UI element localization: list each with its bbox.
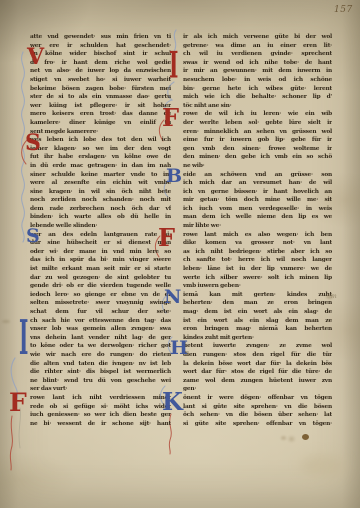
manuscript-text-line: as ich niht bedriegen· stirbe aber ich s… [183,248,332,257]
manuscript-text-line: mich wie ich die behalte· schoner lip d' [183,93,332,102]
parchment-stain [302,434,309,440]
manuscript-text-line: ch sanfte tot· herre ich wil noch langer [183,256,332,265]
manuscript-text-line: die rihter sint· dis bispel ist wermerli… [30,368,171,377]
manuscript-text-line: sine kragen· in wil sin öch niht bete [30,188,171,197]
manuscript-text-line: wer an des edeln lantgrauen rate si· [30,231,171,240]
manuscript-text-line: rowe de wil ich iu leren· wie ein wib [183,110,332,119]
manuscript-text-line: lant si güte site sprehen· vn die bösen [183,403,332,412]
manuscript-text-line: ne wib· [183,162,332,171]
flourish-left-chain [22,52,25,242]
manuscript-text-line: getrene· wa dime an iu einer eren lit· [183,42,332,51]
manuscript-text-line: binden· ich warte alles ob dü helle in [30,213,171,222]
manuscript-text-line: beherten· den man ze eron bringen [183,299,332,308]
illuminated-initial-f: F [162,106,179,130]
manuscript-text-line: der werlte leben sol· gebte lüre sielt i… [183,119,332,128]
manuscript-text-line: to köne oder ta we derwolgen· richer got [30,342,171,351]
manuscript-text-line: net vn also· de iuwer lop da enzwischen [30,67,171,76]
manuscript-text-line: zame wol dem zungen hüetent iuwer zvn [183,377,332,386]
manuscript-text-line: üetent iuwerte zvngen· ze zvme wol [183,342,332,351]
manuscript-text-line: dem rade zerbrechen noch öch dar vf [30,205,171,214]
manuscript-text-line: ir mir an gewunnen· mit dem iuwerm in [183,67,332,76]
manuscript-text-line: töc niht ane sin· [183,102,332,111]
manuscript-text-line: iedoch lero· so gienge er ebne vn de er [30,291,171,300]
manuscript-text-line: wer ere ir schulden hat geschendet· [30,42,171,51]
manuscript-text-line: noch zerliden noch schanden· noch mit [30,196,171,205]
manuscript-text-line: eren· minneklich an sehen vn grüssen wol [183,128,332,137]
manuscript-text-line: ster de si to als ein vnmasse dao· gertu [30,93,171,102]
manuscript-text-line: mir getan· töm doch mine wille me· sit [183,196,332,205]
manuscript-text-line: rede ob si gefüge si· möht ichs wider [30,403,171,412]
manuscript-text-line: öch sehen· vn die bösen über sehen· lat [183,411,332,420]
manuscript-text-line: dien rungen· stos den rigel für die tür [183,351,332,360]
manuscript-text-line: dike komen va grosser not· vn lant [183,239,332,248]
manuscript-text-line: wie wir nach ere do rungen· do rieten [30,351,171,360]
manuscript-text-line: lebende welle slinden· [30,222,171,231]
manuscript-text-line: gen vmb den sinen· frowe wolteme ir [183,145,332,154]
manuscript-text-line: schat dem fur vil schur der sete· [30,308,171,317]
manuscript-text-line: stiget vn swebet ho· si iuwer warheit [30,76,171,85]
parchment-stain [300,455,346,477]
manuscript-text-line: mir lihte we· [183,222,332,231]
manuscript-text-line: ir als ich mich verwene güte bi der wol [183,33,332,42]
manuscript-text-line: mag· dem ist ein wort als ein slag· de [183,308,332,317]
manuscript-text-line: bekeime bösen zagen bobe· fürsten mei [30,85,171,94]
manuscript-text-line: gende dri· ob er die vierden tugende wel… [30,282,171,291]
manuscript-text-line: das ich in spür da bi· min vinger swere [30,256,171,265]
illuminated-initial-f: F [9,390,27,415]
manuscript-page: 157 atte vnd gewendet· sus min frien vn … [0,0,360,508]
manuscript-text-line: dar zu wol gezogen· de sint gelobter tu [30,274,171,283]
manuscript-text-line: mero keisers eren trost· das danne de [30,110,171,119]
manuscript-text-line: leben· läne ist iu der lip vnmere· we de [183,265,332,274]
manuscript-text-line: atte vnd gewendet· sus min frien vn ti [30,33,171,42]
manuscript-text-line: önent ir were dögen· offenbar vn tögen [183,394,332,403]
manuscript-text-line: in dü erde mac getragen· in dan im nah [30,162,171,171]
manuscript-text-line: iemer klagen· so we im der den vogt [30,145,171,154]
manuscript-text-line: die alten vnd taten die ivngen· nv ist l… [30,360,171,369]
manuscript-text-line: kamelere· diner künige vn einlif tu [30,119,171,128]
manuscript-text-line: rowe lant mich es also wegen· ich ben [183,231,332,240]
manuscript-text-line: ich mich dar an versumet han· de wil [183,179,332,188]
illuminated-initial-s: S [26,227,40,246]
illuminated-initial-s: S [25,132,41,154]
manuscript-text-line: dur sine hübscheit er si dienest man [30,239,171,248]
manuscript-text-line: fut ihr habe erslagen· vn kölne owe de [30,153,171,162]
manuscript-text-line: siner schulde keine marter vnde to im [30,171,171,180]
manuscript-text-line: de fro· ir hant dem riche wol gedie [30,59,171,68]
manuscript-text-line: on kölne wider bischof sint ir schul [30,50,171,59]
illuminated-initial-n: N [164,288,181,307]
manuscript-text-line: vns dehein lant vender niht lag· de ger [30,334,171,343]
manuscript-text-line: den minen· den gebe ich vmb ein so schö [183,153,332,162]
margin-note: m [331,293,337,300]
folio-number: 157 [334,5,353,15]
manuscript-text-line: eime fur ir iuwern gob lip· gebe für ir [183,136,332,145]
manuscript-text-line: man dem ich welle nieme den lip es we [183,213,332,222]
parchment-stain [2,320,10,323]
manuscript-text-line: nesuchem lobe· in weis od ich schöne [183,76,332,85]
right-text-column: ir als ich mich verwene güte bi der wolg… [183,33,332,428]
illuminated-initial-v: V [27,46,44,68]
manuscript-text-line: iuch geniessen· so wer ich dien beste ge… [30,411,171,420]
manuscript-text-line: gen· [183,385,332,394]
manuscript-text-line: ser das vurt· [30,385,171,394]
manuscript-text-line: ne blint· svnd tru dü von geschehe wei [30,377,171,386]
manuscript-text-line: ich iuch vom men verdegeselle· in weis [183,205,332,214]
manuscript-text-line: eide an schöwen vnd an grüsse· son [183,171,332,180]
manuscript-text-line: eron bringen mag· niemā kan beherten [183,325,332,334]
manuscript-text-line: werte ich silber swere· solt ich minen l… [183,274,332,283]
manuscript-text-line: ist milte erkant man seit mir er si stæt… [30,265,171,274]
manuscript-text-line: selten missetrete· swer vnsynnig swinge [30,299,171,308]
manuscript-text-line: oder wi· der mane in vnd min lere so [30,248,171,257]
manuscript-text-line: wort dar für· stos de rigel für die türe… [183,368,332,377]
illuminated-initial-i: I [169,47,178,83]
illuminated-initial-i: I [19,313,28,361]
manuscript-text-line: bin· gerne hete ich wibes güte· lerent [183,85,332,94]
manuscript-text-line: la dekein böse wort dar für· la dekein b… [183,360,332,369]
manuscript-text-line: ist ein wort als ein slag dem man ze [183,317,332,326]
manuscript-text-line: ch wil iu verdienen gvinde· sprechent [183,50,332,59]
illuminated-initial-k: K [162,390,183,414]
manuscript-text-line: ich vn gerne büssen· ir hant hovelich an [183,188,332,197]
manuscript-text-line: si güte site sprehen· offenbar vn tögen· [183,420,332,429]
manuscript-text-line: ch sach hie vor etteswenne den tag· das [30,317,171,326]
illuminated-initial-f: F [158,226,175,250]
manuscript-text-line: ne bi· wessent de ir schone sijt· hant [30,420,171,429]
left-text-column: atte vnd gewendet· sus min frien vn tiwe… [30,33,171,428]
manuscript-text-line: rowe lant ich niht verdriessen miner [30,394,171,403]
manuscript-text-line: iemā kan mit gerten· kindes zuht [183,291,332,300]
manuscript-text-line: wes leben ich lobe des tot den wil ich [30,136,171,145]
manuscript-text-line: swas ir wend od ich nihe tobe· de hant [183,59,332,68]
manuscript-text-line: vmb iuwern geben· [183,282,332,291]
manuscript-text-line: wer küing ist pflegere· ir sit hoher [30,102,171,111]
illuminated-initial-h: H [170,339,188,358]
manuscript-text-line: sent megde kamerere· [30,128,171,137]
flourish-left-f-tail [10,416,12,470]
manuscript-text-line: vnser lob was gemein allen zvngen· swa [30,325,171,334]
illuminated-initial-b: B [166,167,182,186]
manuscript-text-line: kindes zuht mit gerten· [183,334,332,343]
manuscript-text-line: were al zesenfte ein eichin wit vmbe [30,179,171,188]
